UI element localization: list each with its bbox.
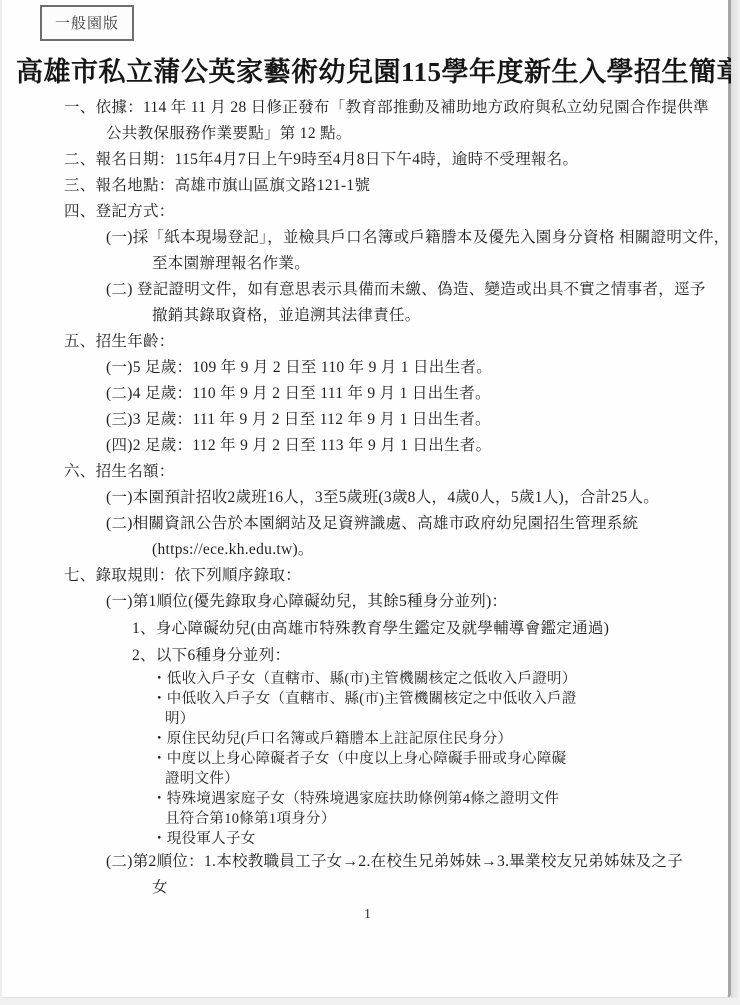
doc-line: (三)3 足歲：111 年 9 月 2 日至 112 年 9 月 1 日出生者。 <box>2 407 733 433</box>
doc-line: 六、招生名額： <box>2 459 733 485</box>
doc-line: 撤銷其錄取資格，並追溯其法律責任。 <box>2 303 733 329</box>
doc-line: 2、以下6種身分並列： <box>2 642 733 669</box>
doc-line: (一)第1順位(優先錄取身心障礙幼兒，其餘5種身分並列)： <box>2 589 733 615</box>
doc-line: 七、錄取規則：依下列順序錄取： <box>2 563 733 589</box>
screenshot-root: 一般園版 高雄市私立蒲公英家藝術幼兒園115學年度新生入學招生簡章 一、依據：1… <box>0 0 740 1005</box>
doc-line: (一)5 足歲：109 年 9 月 2 日至 110 年 9 月 1 日出生者。 <box>2 355 733 381</box>
doc-line: ・特殊境遇家庭子女（特殊境遇家庭扶助條例第4條之證明文件 <box>2 789 733 809</box>
doc-line: ・中低收入戶子女（直轄市、縣(市)主管機關核定之中低收入戶證 <box>2 689 733 709</box>
doc-line: 證明文件） <box>2 769 733 789</box>
doc-line: 至本園辦理報名作業。 <box>2 251 733 277</box>
doc-line: 明） <box>2 709 733 729</box>
page-title: 高雄市私立蒲公英家藝術幼兒園115學年度新生入學招生簡章 <box>16 50 728 89</box>
page-sheet: 一般園版 高雄市私立蒲公英家藝術幼兒園115學年度新生入學招生簡章 一、依據：1… <box>0 0 731 998</box>
doc-line: 1、身心障礙幼兒(由高雄市特殊教育學生鑑定及就學輔導會鑑定通過) <box>2 615 733 642</box>
page-right-edge <box>731 0 740 998</box>
version-tab: 一般園版 <box>40 5 134 41</box>
doc-line: ・現役軍人子女 <box>2 829 733 849</box>
doc-line: ・中度以上身心障礙者子女（中度以上身心障礙手冊或身心障礙 <box>2 749 733 769</box>
doc-line: (一)採「紙本現場登記」，並檢具戶口名簿或戶籍謄本及優先入園身分資格 相關證明文… <box>2 225 733 251</box>
doc-line: ・低收入戶子女（直轄市、縣(市)主管機關核定之低收入戶證明） <box>2 669 733 689</box>
doc-line: (二)相關資訊公告於本園網站及足資辨識處、高雄市政府幼兒園招生管理系統 <box>2 511 733 537</box>
doc-line: 一、依據：114 年 11 月 28 日修正發布「教育部推動及補助地方政府與私立… <box>2 95 733 121</box>
doc-line: 三、報名地點：高雄市旗山區旗文路121-1號 <box>2 173 733 199</box>
page-number: 1 <box>2 906 733 922</box>
doc-line: 五、招生年齡： <box>2 329 733 355</box>
doc-line: 四、登記方式： <box>2 199 733 225</box>
doc-line: 且符合第10條第1項身分） <box>2 809 733 829</box>
doc-line: (二) 登記證明文件，如有意思表示具備而未繳、偽造、變造或出具不實之情事者，逕予 <box>2 277 733 303</box>
document-body: 一、依據：114 年 11 月 28 日修正發布「教育部推動及補助地方政府與私立… <box>2 95 733 901</box>
doc-line: ・原住民幼兒(戶口名簿或戶籍謄本上註記原住民身分） <box>2 729 733 749</box>
page-bottom-edge <box>0 998 740 1005</box>
version-tab-label: 一般園版 <box>55 16 119 32</box>
doc-line: (二)4 足歲：110 年 9 月 2 日至 111 年 9 月 1 日出生者。 <box>2 381 733 407</box>
doc-line: (二)第2順位：1.本校教職員工子女→2.在校生兄弟姊妹→3.畢業校友兄弟姊妹及… <box>2 849 733 875</box>
doc-line: 女 <box>2 875 733 901</box>
doc-line: 二、報名日期：115年4月7日上午9時至4月8日下午4時，逾時不受理報名。 <box>2 147 733 173</box>
doc-line: 公共教保服務作業要點」第 12 點。 <box>2 121 733 147</box>
doc-line: (一)本園預計招收2歲班16人，3至5歲班(3歲8人，4歲0人，5歲1人)，合計… <box>2 485 733 511</box>
doc-line: (https://ece.kh.edu.tw)。 <box>2 537 733 563</box>
doc-line: (四)2 足歲：112 年 9 月 2 日至 113 年 9 月 1 日出生者。 <box>2 433 733 459</box>
